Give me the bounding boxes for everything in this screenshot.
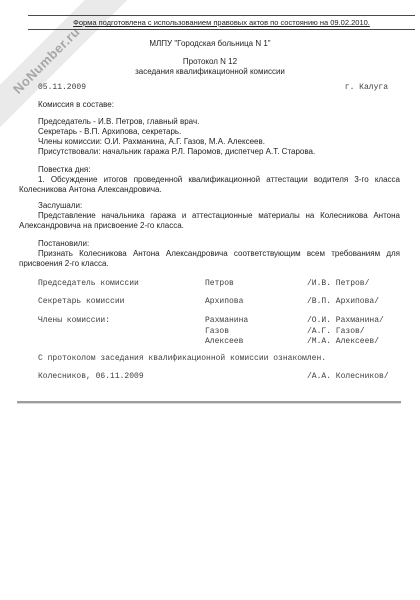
commission-member-line: Присутствовали: начальник гаража Р.Л. Па… [38, 147, 315, 157]
document-city: г. Калуга [345, 83, 388, 93]
signature-role: Члены комиссии: [38, 316, 205, 326]
signature-row: Члены комиссии: Рахманина /О.И. Рахманин… [38, 316, 400, 326]
resolved-paragraph: Признать Колесникова Антона Александрови… [19, 249, 400, 269]
signer-name-date: Колесников, 06.11.2009 [38, 372, 307, 382]
signature-row: Секретарь комиссии Архипова /В.П. Архипо… [38, 297, 400, 307]
signature-row: Председатель комиссии Петров /И.В. Петро… [38, 279, 400, 289]
signature-surname: Рахманина [205, 316, 307, 326]
protocol-subtitle: заседания квалификационной комиссии [0, 67, 420, 77]
heard-heading: Заслушали: [38, 201, 82, 211]
header-note: Форма подготовлена с использованием прав… [28, 15, 415, 30]
document-date: 05.11.2009 [38, 83, 86, 93]
signature-role [38, 327, 205, 337]
signature-surname: Петров [205, 279, 307, 289]
document-page: NoNumber.ru Форма подготовлена с использ… [0, 0, 420, 600]
commission-member-line: Секретарь - В.П. Архипова, секретарь. [38, 127, 315, 137]
signature-initials: /И.В. Петров/ [307, 279, 400, 289]
signature-surname: Газов [205, 327, 307, 337]
agenda-heading: Повестка дня: [38, 165, 90, 175]
signature-initials: /А.Г. Газов/ [307, 327, 400, 337]
signature-row: Алексеев /М.А. Алексеев/ [38, 337, 400, 347]
signature-role: Секретарь комиссии [38, 297, 205, 307]
signature-surname: Алексеев [205, 337, 307, 347]
signature-initials: /М.А. Алексеев/ [307, 337, 400, 347]
agenda-paragraph: 1. Обсуждение итогов проведенной квалифи… [19, 175, 400, 195]
signature-initials: /В.П. Архипова/ [307, 297, 400, 307]
acknowledgement-text: С протоколом заседания квалификационной … [38, 354, 326, 364]
signature-role [38, 337, 205, 347]
signature-initials: /О.И. Рахманина/ [307, 316, 400, 326]
acknowledgement-signature-row: Колесников, 06.11.2009 /А.А. Колесников/ [38, 372, 400, 382]
commission-heading: Комиссия в составе: [38, 100, 114, 110]
signature-row: Газов /А.Г. Газов/ [38, 327, 400, 337]
organization-title: МЛПУ "Городская больница N 1" [0, 39, 420, 49]
signature-role: Председатель комиссии [38, 279, 205, 289]
protocol-title: Протокол N 12 [0, 57, 420, 67]
resolved-heading: Постановили: [38, 239, 89, 249]
commission-member-line: Члены комиссии: О.И. Рахманина, А.Г. Газ… [38, 137, 315, 147]
signer-initials: /А.А. Колесников/ [307, 372, 389, 382]
dateline: 05.11.2009 г. Калуга [0, 83, 420, 93]
commission-members: Председатель - И.В. Петров, главный врач… [38, 117, 315, 157]
heard-paragraph: Представление начальника гаража и аттест… [19, 211, 400, 231]
document-content: Форма подготовлена с использованием прав… [0, 0, 420, 600]
commission-member-line: Председатель - И.В. Петров, главный врач… [38, 117, 315, 127]
bottom-divider [17, 401, 401, 404]
signature-surname: Архипова [205, 297, 307, 307]
